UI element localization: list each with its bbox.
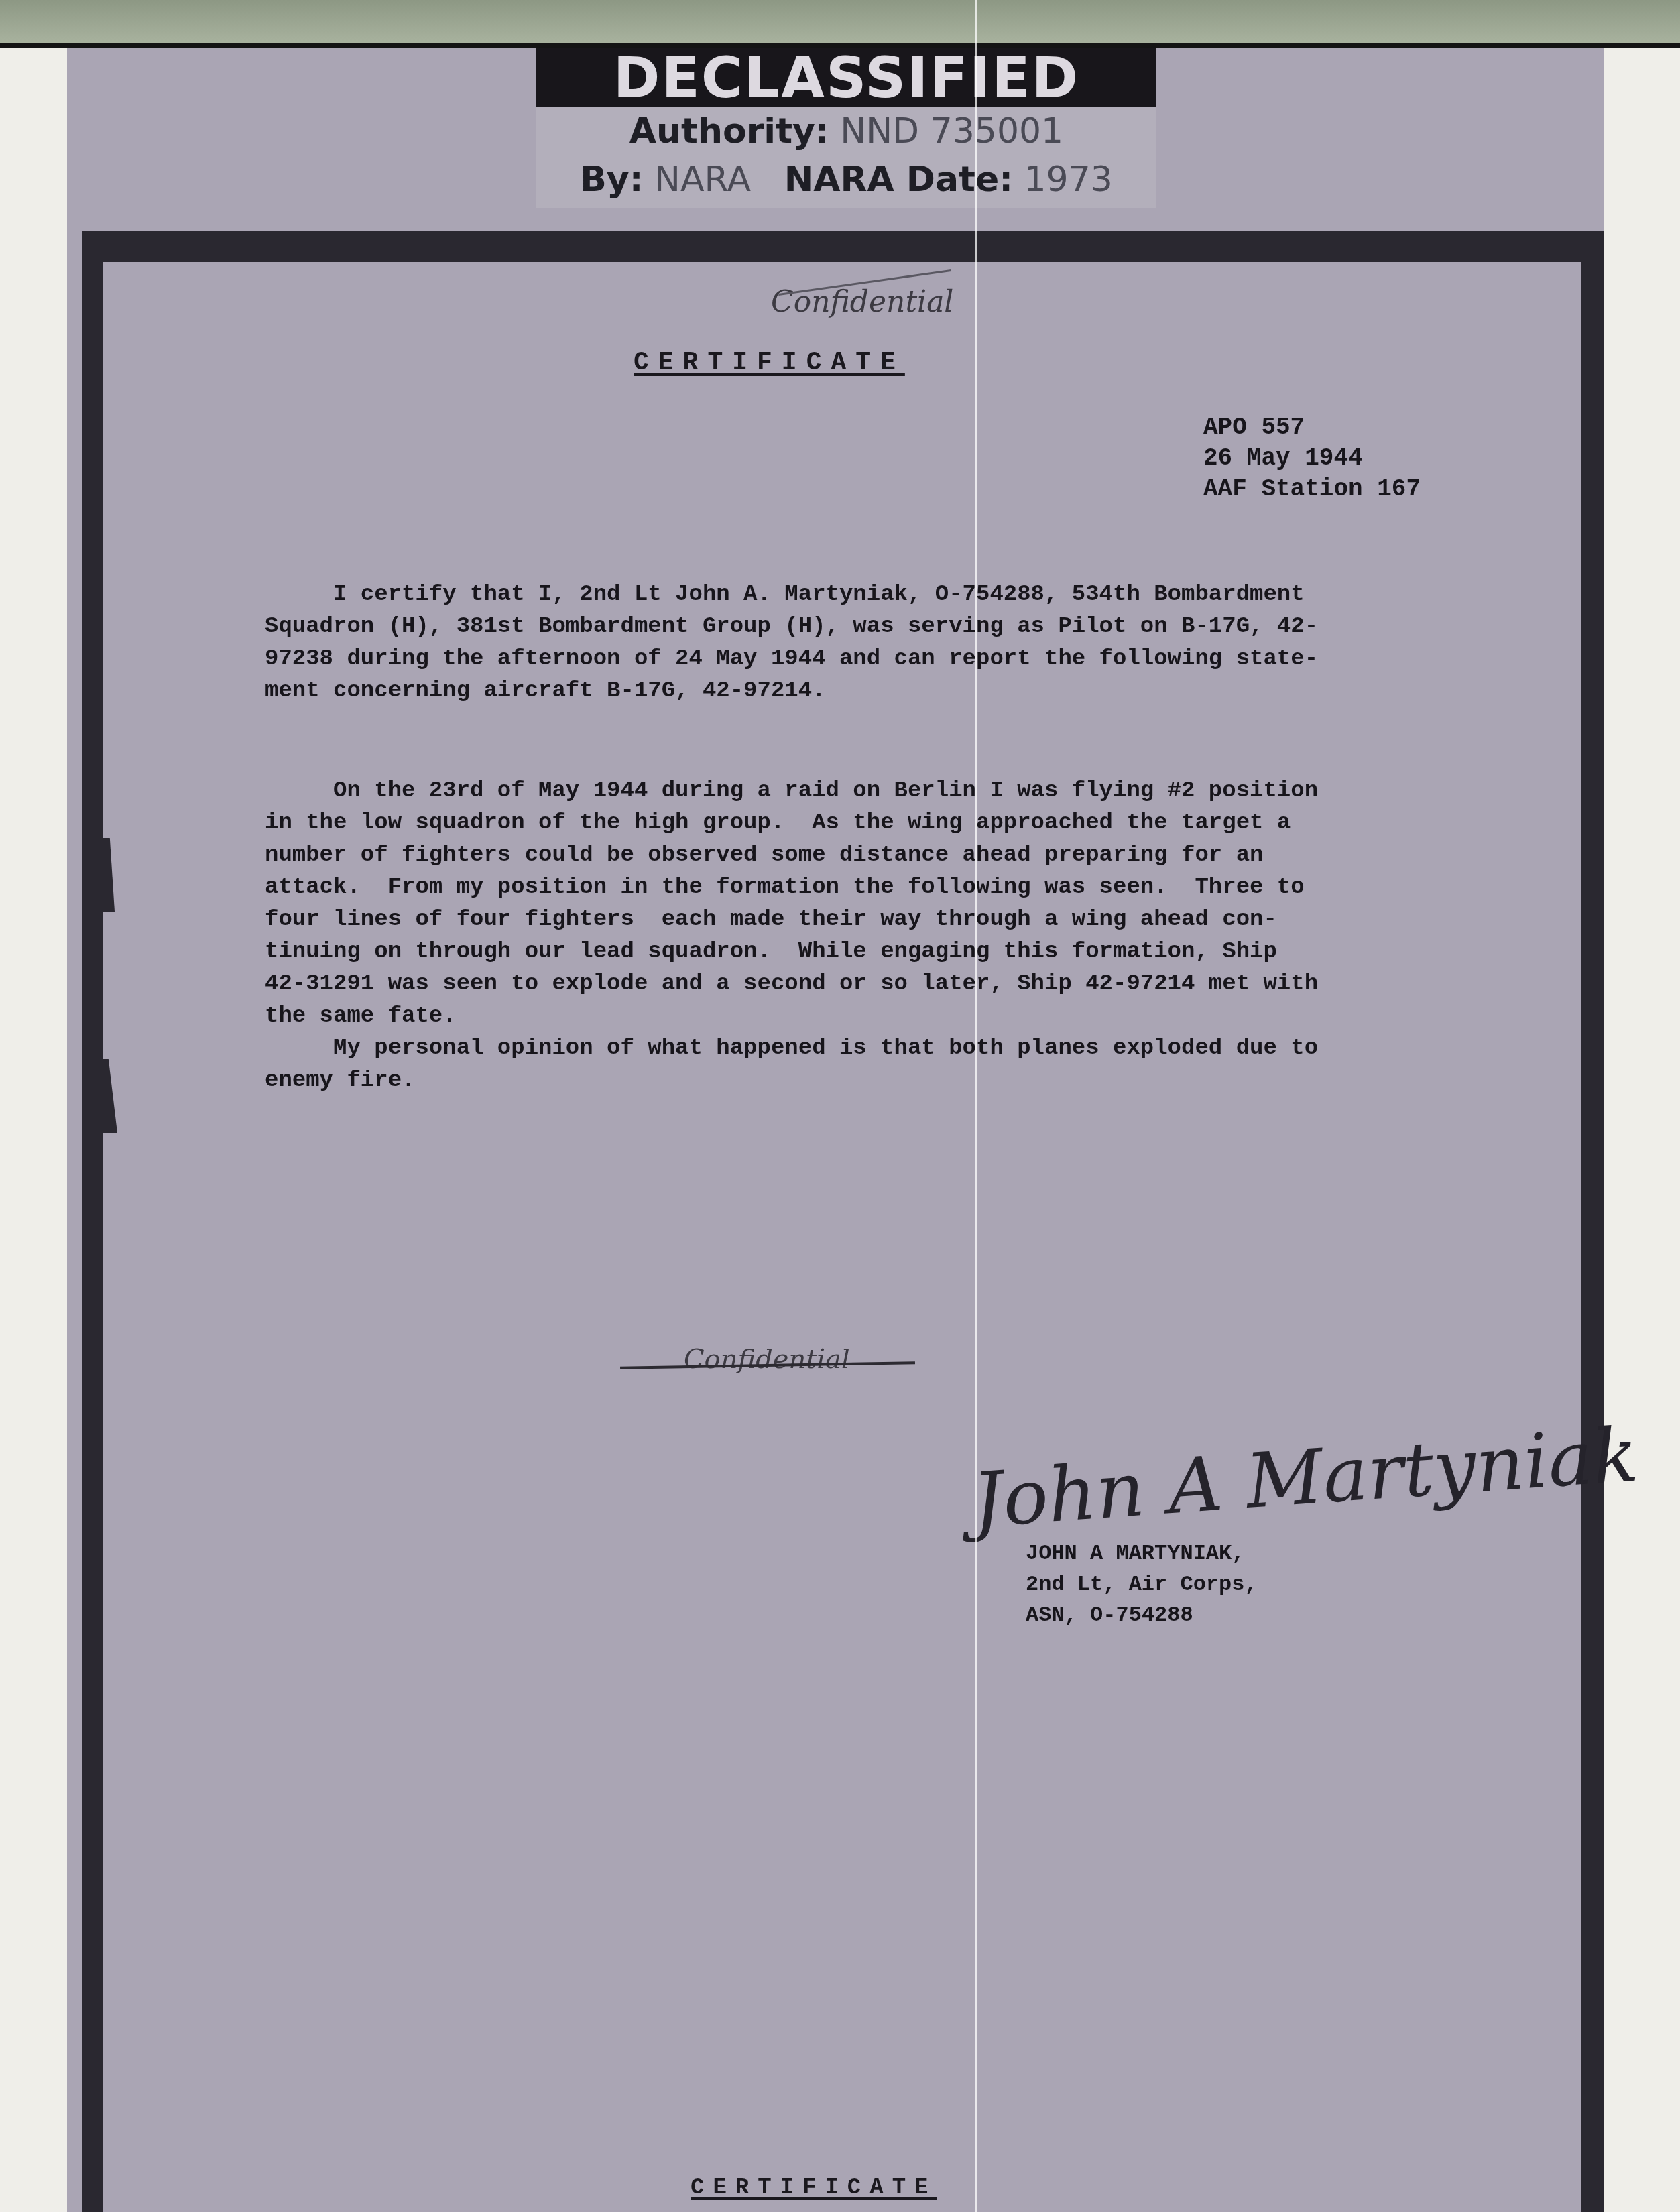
declassified-banner: DECLASSIFIED — [536, 48, 1156, 107]
classification-mark-bottom: Confidential — [684, 1344, 850, 1375]
authority-label: Authority: — [629, 111, 829, 151]
by-label: By: — [580, 160, 643, 200]
paragraph1-line: 97238 during the afternoon of 24 May 194… — [265, 642, 1318, 676]
paragraph2-line: attack. From my position in the formatio… — [265, 871, 1305, 904]
certificate-title: CERTIFICATE — [634, 349, 905, 377]
header-apo: APO 557 — [1203, 412, 1305, 443]
scan-artifact-line — [975, 0, 977, 2212]
paragraph1-line: I certify that I, 2nd Lt John A. Martyni… — [265, 578, 1305, 611]
paragraph2-line: in the low squadron of the high group. A… — [265, 806, 1291, 840]
paragraph2-line: enemy fire. — [265, 1064, 415, 1097]
signer-serial: ASN, O-754288 — [1026, 1600, 1258, 1631]
next-certificate-title: CERTIFICATE — [691, 2175, 937, 2201]
paragraph2-line: the same fate. — [265, 999, 457, 1033]
by-value: NARA — [654, 160, 751, 200]
declassified-title: DECLASSIFIED — [613, 50, 1080, 106]
paragraph1-line: ment concerning aircraft B-17G, 42-97214… — [265, 674, 826, 708]
scanner-top-bar — [0, 0, 1680, 43]
page-border-left — [82, 231, 103, 2212]
paragraph1-line: Squadron (H), 381st Bombardment Group (H… — [265, 610, 1318, 643]
declassification-details: Authority: NND 735001 By: NARA NARA Date… — [536, 107, 1156, 208]
by-date-line: By: NARA NARA Date: 1973 — [536, 160, 1156, 200]
paragraph2-line: number of fighters could be observed som… — [265, 839, 1263, 872]
date-value: 1973 — [1024, 160, 1113, 200]
header-station: AAF Station 167 — [1203, 474, 1421, 505]
paragraph2-line: 42-31291 was seen to explode and a secon… — [265, 967, 1318, 1001]
signer-name: JOHN A MARTYNIAK, — [1026, 1538, 1258, 1569]
paragraph2-line: tinuing on through our lead squadron. Wh… — [265, 935, 1277, 969]
authority-line: Authority: NND 735001 — [536, 111, 1156, 151]
header-date: 26 May 1944 — [1203, 443, 1363, 474]
paragraph2-line: On the 23rd of May 1944 during a raid on… — [265, 774, 1318, 808]
signer-rank: 2nd Lt, Air Corps, — [1026, 1569, 1258, 1600]
page-border-right — [1581, 231, 1604, 2212]
signature-block: JOHN A MARTYNIAK, 2nd Lt, Air Corps, ASN… — [1026, 1538, 1258, 1631]
page-border-top — [82, 231, 1604, 262]
authority-value: NND 735001 — [840, 111, 1063, 151]
classification-mark-top: Confidential — [771, 285, 953, 319]
paragraph2-line: four lines of four fighters each made th… — [265, 903, 1277, 936]
paragraph2-line: My personal opinion of what happened is … — [265, 1032, 1318, 1065]
date-label: NARA Date: — [784, 160, 1013, 200]
